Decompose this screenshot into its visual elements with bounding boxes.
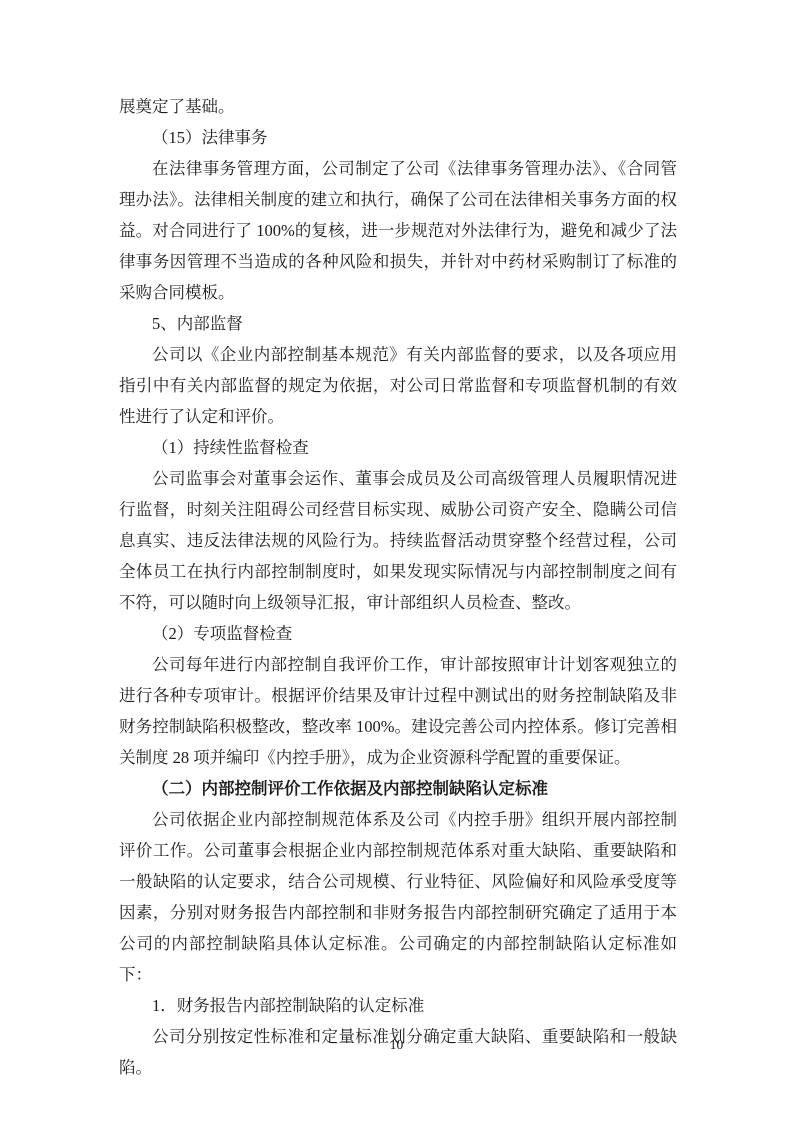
heading-1-financial-report-defect-standard: 1．财务报告内部控制缺陷的认定标准 — [119, 990, 677, 1021]
paragraph-continuous-supervision-check: 公司监事会对董事会运作、董事会成员及公司高级管理人员履职情况进行监督，时刻关注阻… — [119, 463, 677, 618]
paragraph-special-supervision-check: 公司每年进行内部控制自我评价工作，审计部按照审计计划客观独立的进行各种专项审计。… — [119, 649, 677, 773]
heading-1-continuous-supervision-check: （1）持续性监督检查 — [119, 432, 677, 463]
heading-15-legal-affairs: （15）法律事务 — [119, 122, 677, 153]
heading-section-2-evaluation-basis-and-defect-standards: （二）内部控制评价工作依据及内部控制缺陷认定标准 — [119, 773, 677, 804]
document-page: 展奠定了基础。 （15）法律事务 在法律事务管理方面，公司制定了公司《法律事务管… — [0, 0, 793, 1122]
heading-5-internal-supervision: 5、内部监督 — [119, 308, 677, 339]
document-body: 展奠定了基础。 （15）法律事务 在法律事务管理方面，公司制定了公司《法律事务管… — [119, 91, 677, 1083]
paragraph-evaluation-basis: 公司依据企业内部控制规范体系及公司《内控手册》组织开展内部控制评价工作。公司董事… — [119, 804, 677, 990]
page-number: 10 — [0, 1035, 793, 1055]
heading-2-special-supervision-check: （2）专项监督检查 — [119, 618, 677, 649]
paragraph-internal-supervision: 公司以《企业内部控制基本规范》有关内部监督的要求，以及各项应用指引中有关内部监督… — [119, 339, 677, 432]
paragraph-foundation-continuation: 展奠定了基础。 — [119, 91, 677, 122]
paragraph-legal-affairs: 在法律事务管理方面，公司制定了公司《法律事务管理办法》、《合同管理办法》。法律相… — [119, 153, 677, 308]
